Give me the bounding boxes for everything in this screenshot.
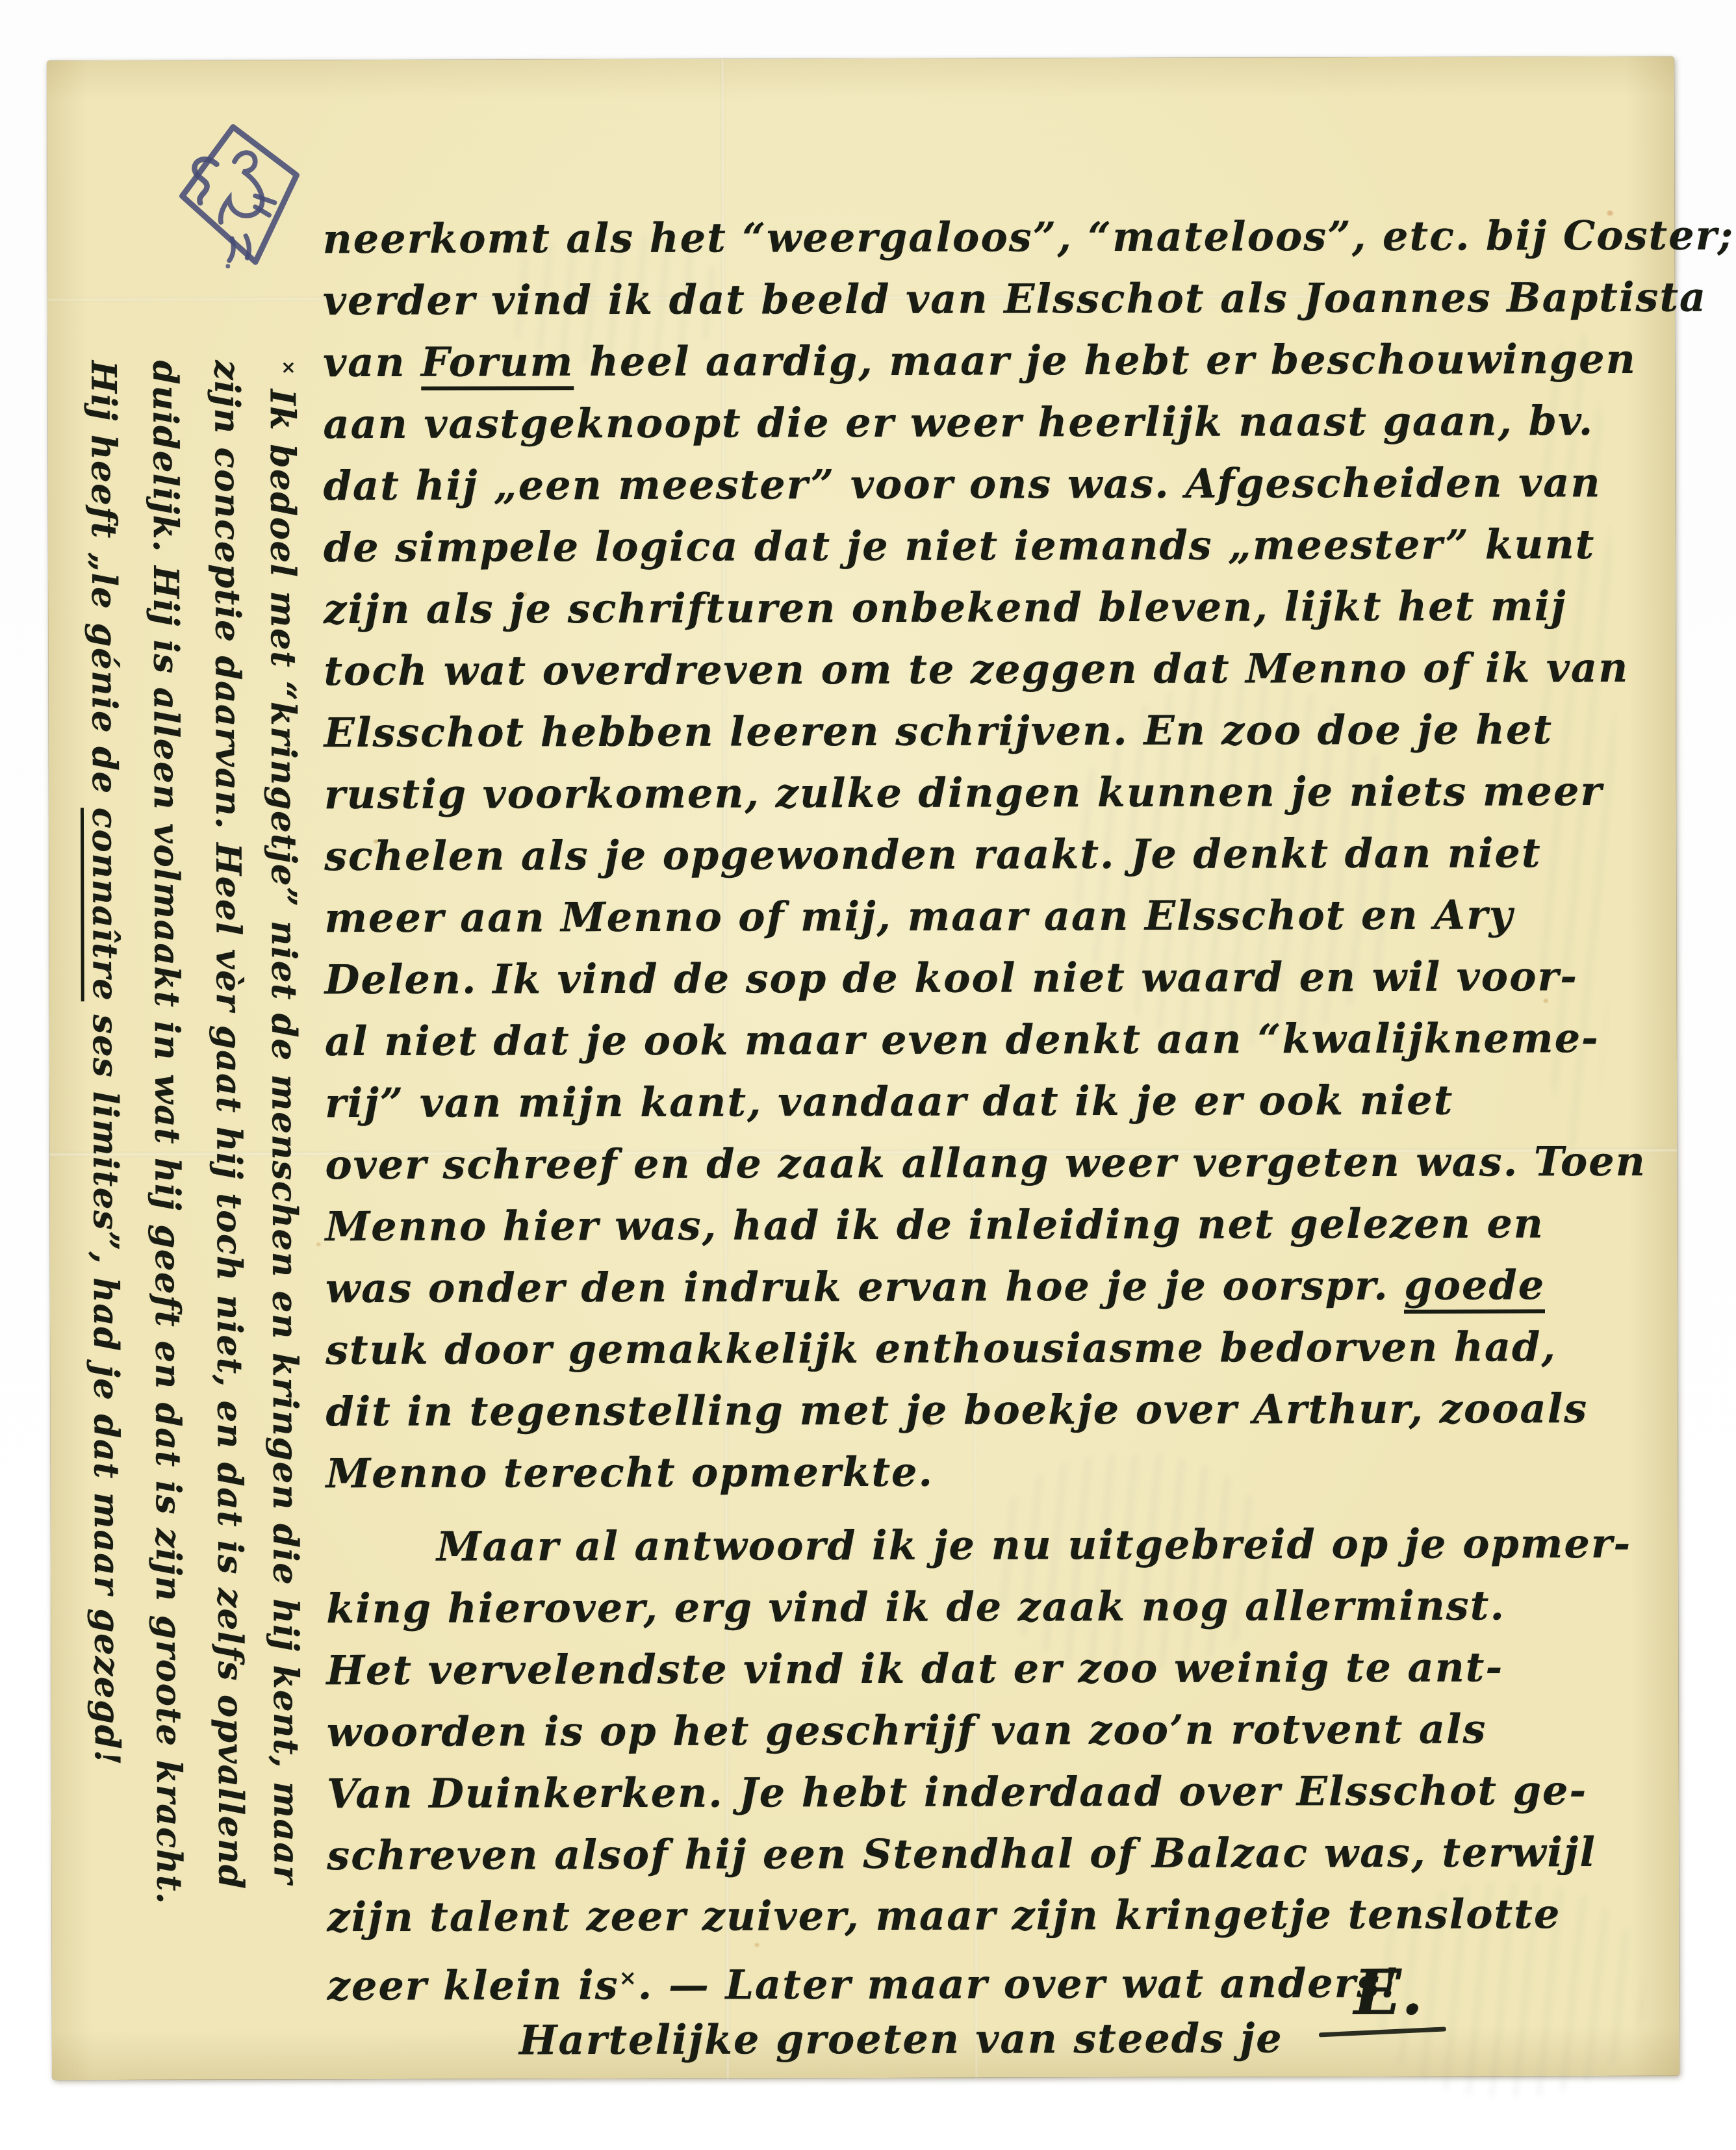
letter-line: Menno terecht opmerkte.: [326, 1439, 1717, 1505]
letter-paper: × Ik bedoel met “kringetje” niet de mens…: [47, 57, 1679, 2080]
letter-line: de simpele logica dat je niet iemands „m…: [324, 513, 1714, 579]
letter-body: neerkomt als het “weergaloos”, “mateloos…: [323, 205, 1718, 2072]
text-segment: was onder den indruk ervan hoe je je oor…: [325, 1262, 1405, 1312]
text-segment: duidelijk. Hij is alleen volmaakt in wat…: [145, 361, 189, 1905]
text-segment: rustig voorkomen, zulke dingen kunnen je…: [324, 767, 1603, 818]
underlined-word: goede: [1404, 1261, 1545, 1314]
text-segment: van: [323, 339, 421, 386]
letter-line: schelen als je opgewonden raakt. Je denk…: [324, 822, 1715, 888]
text-segment: Hij heeft „le génie de: [83, 361, 125, 808]
letter-line: verder vind ik dat beeld van Elsschot al…: [323, 266, 1713, 332]
letter-line: Hij heeft „le génie de connaître ses lim…: [72, 361, 138, 2024]
letter-line: king hierover, erg vind ik de zaak nog a…: [326, 1574, 1717, 1640]
text-segment: ×: [619, 1965, 638, 1990]
text-segment: zijn als je schrifturen onbekend bleven,…: [324, 582, 1567, 633]
letter-line: Delen. Ik vind de sop de kool niet waard…: [325, 945, 1715, 1011]
letter-line: dat hij „een meester” voor ons was. Afge…: [324, 452, 1714, 517]
letter-line: zeer klein is×. — Later maar over wat an…: [327, 1945, 1718, 2010]
underlined-word: connaître: [81, 808, 125, 1002]
text-segment: meer aan Menno of mij, maar aan Elsschot…: [324, 891, 1514, 941]
text-segment: rij” van mijn kant, vandaar dat ik je er…: [325, 1077, 1453, 1127]
text-segment: Menno hier was, had ik de inleiding net …: [325, 1199, 1544, 1250]
letter-line: aan vastgeknoopt die er weer heerlijk na…: [323, 390, 1713, 455]
letter-line: woorden is op het geschrijf van zoo’n ro…: [327, 1698, 1717, 1763]
text-segment: king hierover, erg vind ik de zaak nog a…: [326, 1581, 1505, 1632]
letter-line: zijn conceptie daarvan. Heel vèr gaat hi…: [196, 360, 262, 2023]
text-segment: dat hij „een meester” voor ons was. Afge…: [324, 459, 1602, 509]
text-segment: heel aardig, maar je hebt er beschouwing…: [574, 335, 1637, 385]
letter-line: neerkomt als het “weergaloos”, “mateloos…: [323, 205, 1713, 270]
text-segment: Maar al antwoord ik je nu uitgebreid op …: [437, 1520, 1632, 1570]
letter-line: over schreef en de zaak allang weer verg…: [325, 1131, 1715, 1196]
text-segment: Elsschot hebben leeren schrijven. En zoo…: [324, 706, 1553, 756]
letter-line: meer aan Menno of mij, maar aan Elsschot…: [324, 884, 1715, 949]
text-segment: ses limites”, had je dat maar gezegd!: [85, 1001, 127, 1766]
letter-line: was onder den indruk ervan hoe je je oor…: [325, 1254, 1716, 1320]
text-segment: Menno terecht opmerkte.: [326, 1448, 934, 1497]
letter-line: × Ik bedoel met “kringetje” niet de mens…: [257, 360, 324, 2023]
text-segment: Het vervelendste vind ik dat er zoo wein…: [326, 1643, 1503, 1694]
letter-line: Menno hier was, had ik de inleiding net …: [325, 1192, 1716, 1258]
letter-line: duidelijk. Hij is alleen volmaakt in wat…: [134, 361, 200, 2024]
text-segment: de simpele logica dat je niet iemands „m…: [324, 520, 1596, 571]
letter-line: zijn talent zeer zuiver, maar zijn kring…: [327, 1883, 1717, 1949]
letter-line: Van Duinkerken. Je hebt inderdaad over E…: [327, 1760, 1717, 1825]
letter-line: rij” van mijn kant, vandaar dat ik je er…: [325, 1069, 1715, 1134]
letter-line: Het vervelendste vind ik dat er zoo wein…: [326, 1636, 1717, 1702]
text-segment: zijn talent zeer zuiver, maar zijn kring…: [327, 1890, 1561, 1941]
letter-line: rustig voorkomen, zulke dingen kunnen je…: [324, 760, 1715, 826]
letter-line: van Forum heel aardig, maar je hebt er b…: [323, 328, 1713, 394]
letter-line: zijn als je schrifturen onbekend bleven,…: [324, 575, 1714, 641]
letter-line: Elsschot hebben leeren schrijven. En zoo…: [324, 698, 1715, 764]
bird-in-diamond-stamp-icon: [170, 118, 308, 274]
underlined-word: Forum: [421, 338, 574, 390]
text-segment: zijn conceptie daarvan. Heel vèr gaat hi…: [207, 360, 251, 1889]
text-segment: zeer klein is: [327, 1962, 619, 2010]
text-segment: verder vind ik dat beeld van Elsschot al…: [323, 274, 1707, 325]
letter-line: dit in tegenstelling met je boekje over …: [325, 1377, 1716, 1443]
text-segment: schreven alsof hij een Stendhal of Balza…: [327, 1828, 1596, 1879]
text-segment: Van Duinkerken. Je hebt inderdaad over E…: [327, 1767, 1587, 1817]
letter-line: al niet dat je ook maar even denkt aan “…: [325, 1007, 1715, 1073]
letter-paragraph: Maar al antwoord ik je nu uitgebreid op …: [326, 1513, 1718, 2072]
text-segment: neerkomt als het “weergaloos”, “mateloos…: [323, 211, 1735, 262]
text-segment: . — Later maar over wat anders!: [638, 1959, 1400, 2008]
text-segment: aan vastgeknoopt die er weer heerlijk na…: [323, 397, 1594, 448]
text-segment: schelen als je opgewonden raakt. Je denk…: [324, 829, 1542, 880]
text-segment: Hartelijke groeten van steeds je: [519, 2014, 1283, 2064]
letter-paragraph: neerkomt als het “weergaloos”, “mateloos…: [323, 205, 1717, 1505]
text-segment: stuk door gemakkelijk enthousiasme bedor…: [325, 1323, 1557, 1374]
text-segment: toch wat overdreven om te zeggen dat Men…: [324, 644, 1629, 695]
signature-initial: E.: [1354, 1956, 1423, 2029]
scanned-letter-page: × Ik bedoel met “kringetje” niet de mens…: [0, 0, 1736, 2150]
text-segment: over schreef en de zaak allang weer verg…: [325, 1138, 1646, 1188]
letter-line: schreven alsof hij een Stendhal of Balza…: [327, 1821, 1717, 1887]
text-segment: ×: [278, 360, 299, 376]
margin-footnote: × Ik bedoel met “kringetje” niet de mens…: [72, 360, 324, 2024]
text-segment: woorden is op het geschrijf van zoo’n ro…: [327, 1705, 1487, 1756]
letter-line: toch wat overdreven om te zeggen dat Men…: [324, 637, 1714, 702]
text-segment: dit in tegenstelling met je boekje over …: [325, 1385, 1588, 1435]
text-segment: Ik bedoel met “kringetje” niet de mensch…: [262, 376, 307, 1885]
letter-line: Hartelijke groeten van steeds je: [327, 2006, 1718, 2072]
letter-line: Maar al antwoord ik je nu uitgebreid op …: [326, 1513, 1717, 1578]
letter-line: stuk door gemakkelijk enthousiasme bedor…: [325, 1316, 1716, 1381]
text-segment: al niet dat je ook maar even denkt aan “…: [325, 1014, 1600, 1065]
text-segment: Delen. Ik vind de sop de kool niet waard…: [325, 953, 1578, 1003]
